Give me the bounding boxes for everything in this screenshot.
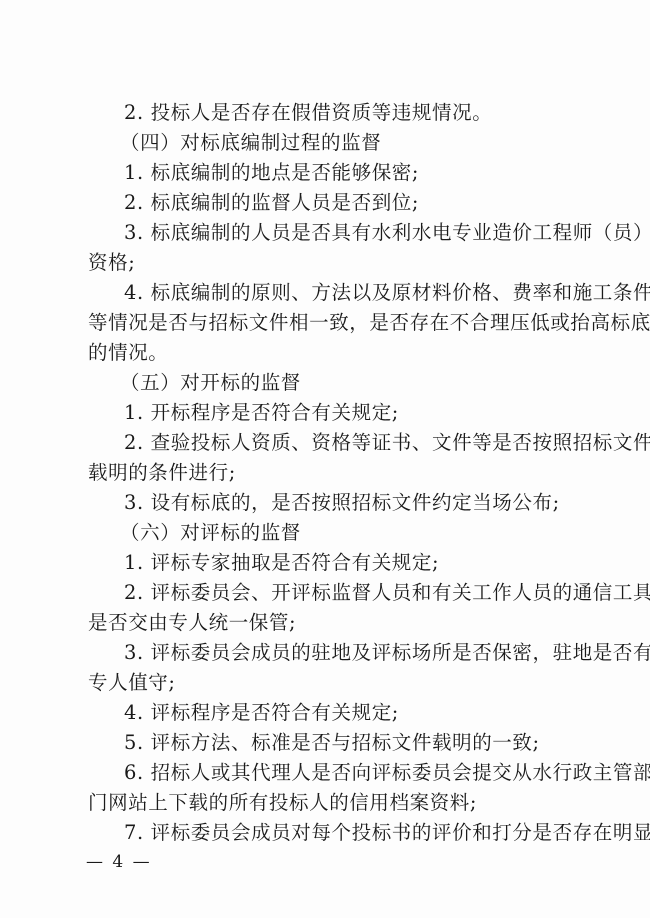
- text-line: 1. 标底编制的地点是否能够保密;: [124, 161, 614, 185]
- text-line: 5. 评标方法、标准是否与招标文件载明的一致;: [124, 731, 614, 755]
- text-line: 资格;: [88, 251, 578, 275]
- text-line: 2. 标底编制的监督人员是否到位;: [124, 191, 614, 215]
- text-line: 2. 评标委员会、开评标监督人员和有关工作人员的通信工具: [124, 581, 614, 605]
- text-line: 门网站上下载的所有投标人的信用档案资料;: [88, 791, 578, 815]
- text-line: 1. 开标程序是否符合有关规定;: [124, 401, 614, 425]
- text-line: 3. 设有标底的，是否按照招标文件约定当场公布;: [124, 491, 614, 515]
- text-line: 的情况。: [88, 341, 578, 365]
- text-line: 专人值守;: [88, 671, 578, 695]
- section-heading: （五）对开标的监督: [120, 371, 610, 395]
- section-heading: （六）对评标的监督: [120, 521, 610, 545]
- text-line: 3. 标底编制的人员是否具有水利水电专业造价工程师（员）: [124, 221, 614, 245]
- text-line: 1. 评标专家抽取是否符合有关规定;: [124, 551, 614, 575]
- text-line: 4. 评标程序是否符合有关规定;: [124, 701, 614, 725]
- text-line: 2. 投标人是否存在假借资质等违规情况。: [124, 101, 614, 125]
- document-page: 2. 投标人是否存在假借资质等违规情况。 （四）对标底编制过程的监督 1. 标底…: [0, 0, 650, 918]
- page-number: — 4 —: [86, 851, 152, 873]
- text-line: 载明的条件进行;: [88, 461, 578, 485]
- text-line: 等情况是否与招标文件相一致，是否存在不合理压低或抬高标底: [88, 311, 578, 335]
- text-line: 4. 标底编制的原则、方法以及原材料价格、费率和施工条件: [124, 281, 614, 305]
- text-line: 是否交由专人统一保管;: [88, 611, 578, 635]
- text-line: 7. 评标委员会成员对每个投标书的评价和打分是否存在明显: [124, 821, 614, 845]
- text-line: 3. 评标委员会成员的驻地及评标场所是否保密，驻地是否有: [124, 641, 614, 665]
- text-line: 2. 查验投标人资质、资格等证书、文件等是否按照招标文件: [124, 431, 614, 455]
- section-heading: （四）对标底编制过程的监督: [120, 131, 610, 155]
- text-line: 6. 招标人或其代理人是否向评标委员会提交从水行政主管部: [124, 761, 614, 785]
